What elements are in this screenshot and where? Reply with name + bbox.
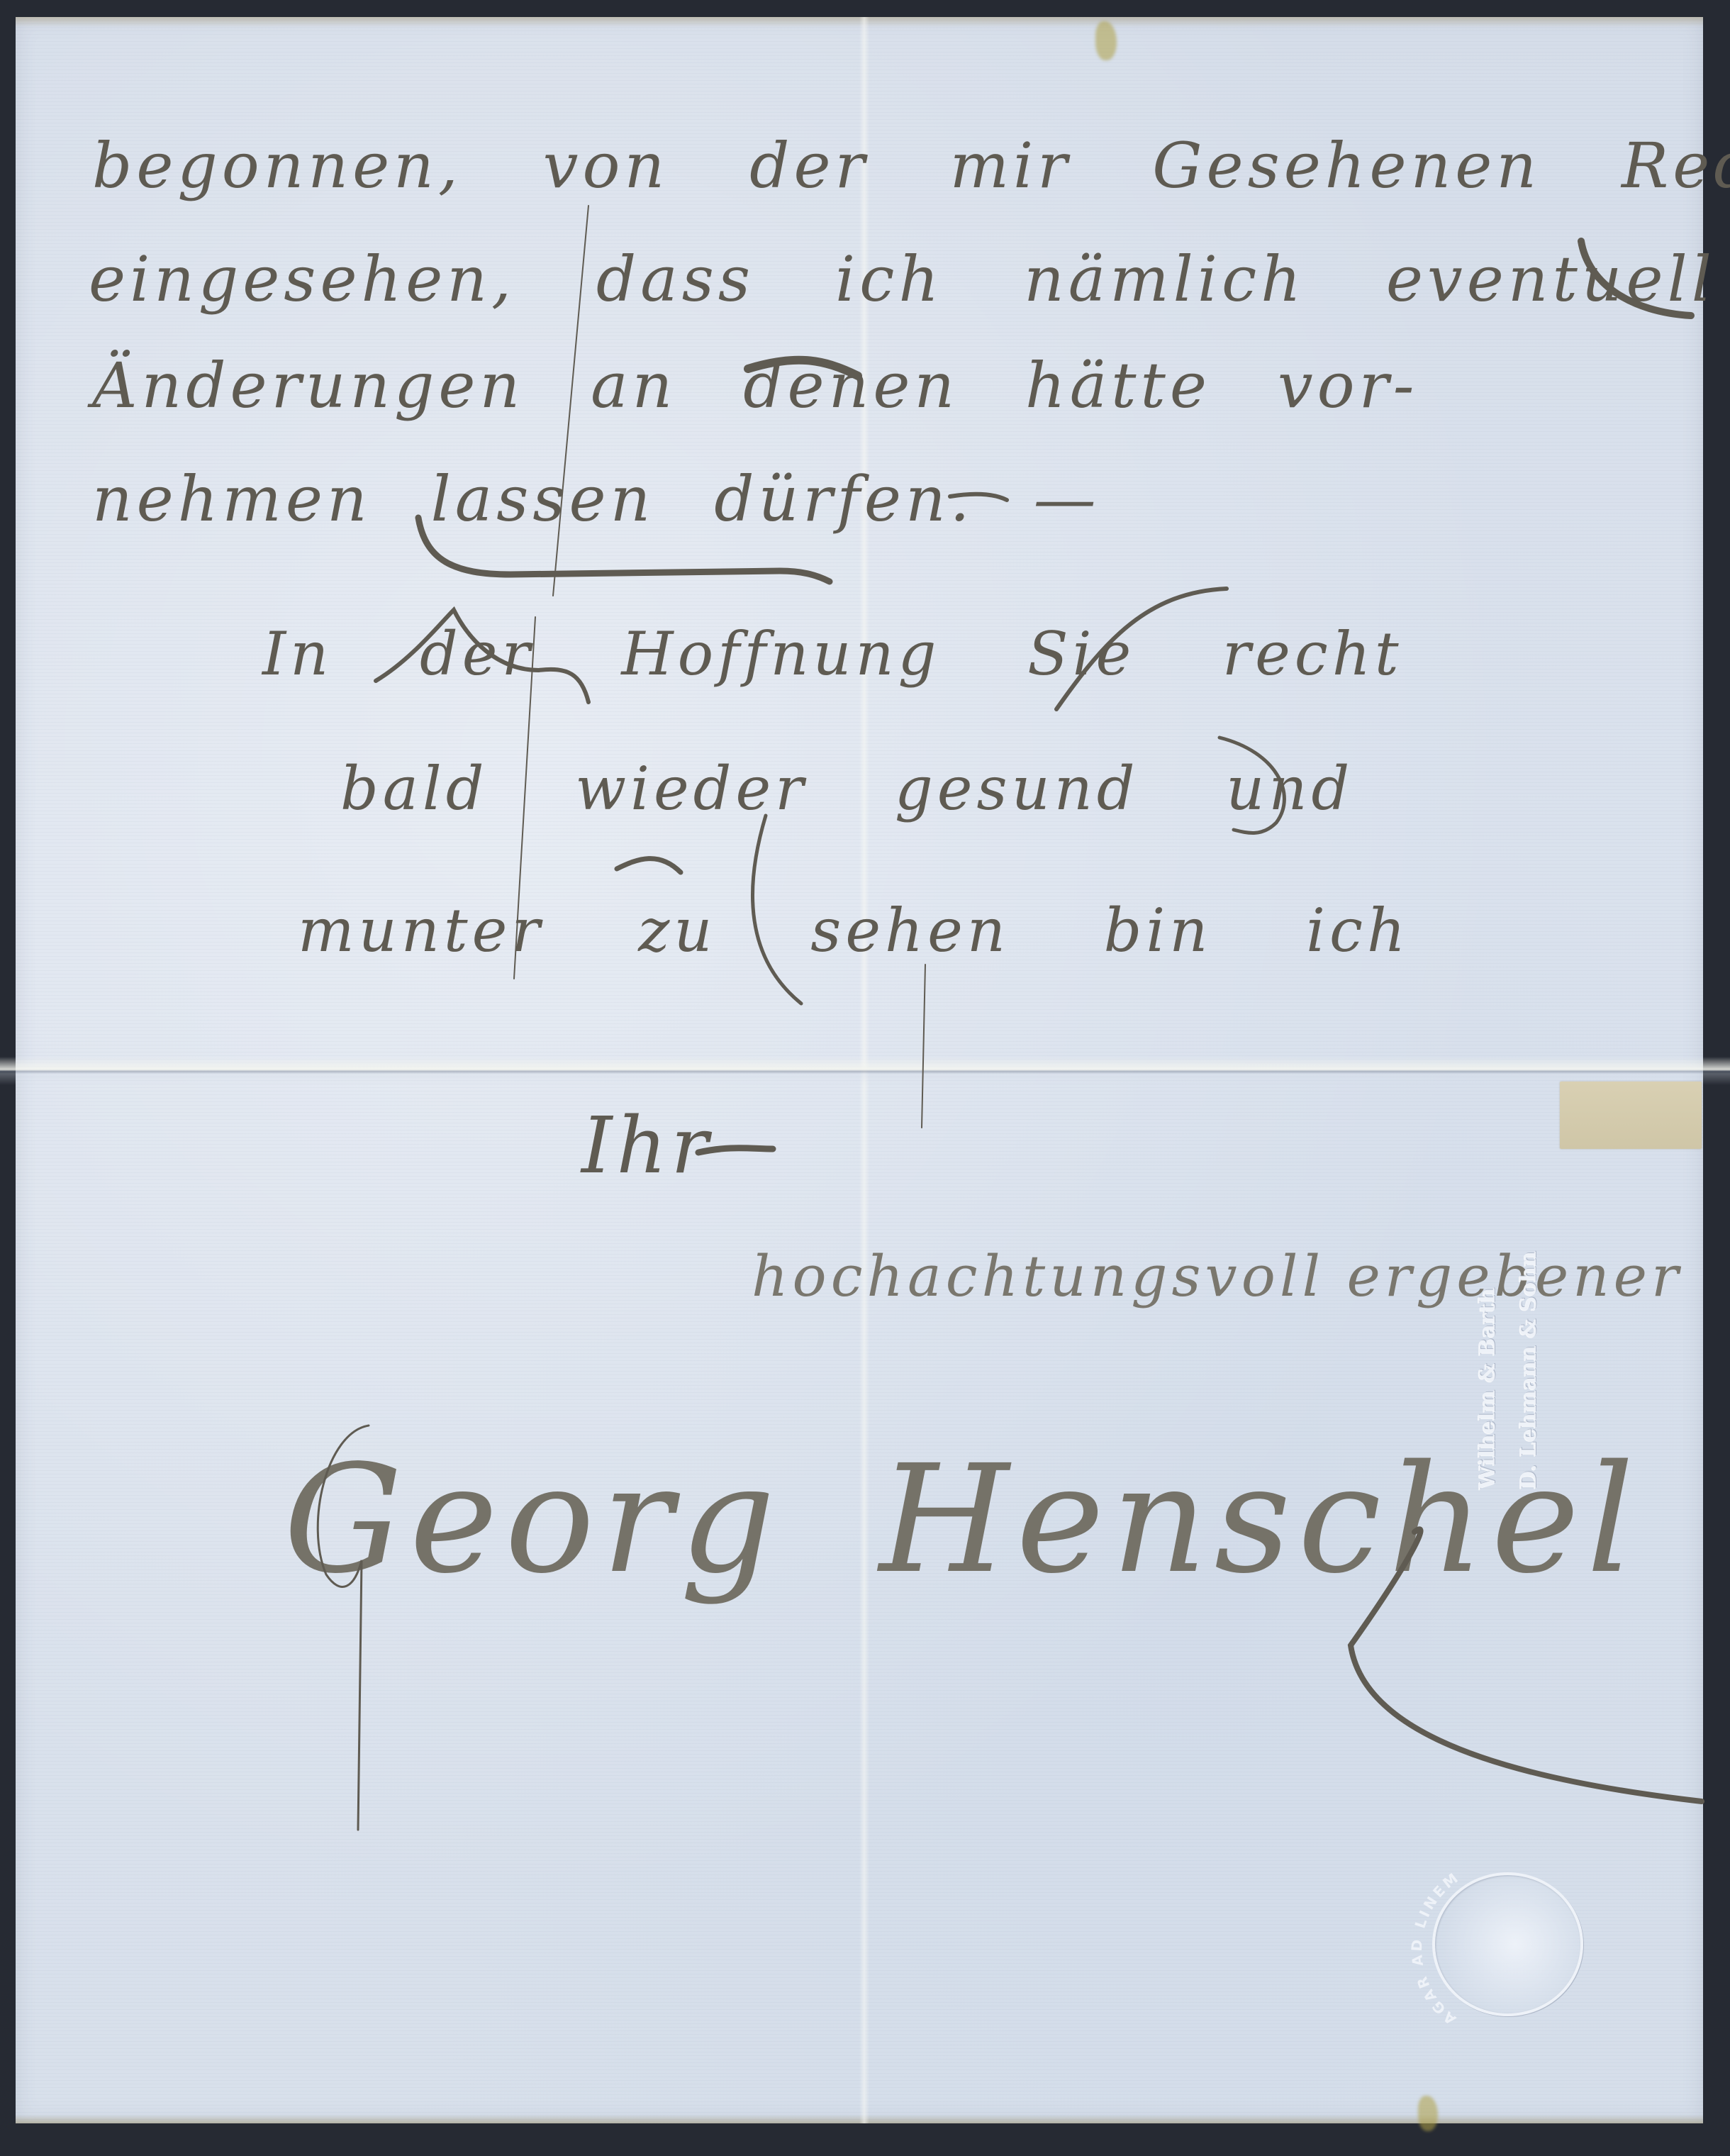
letter-line-7: munter zu sehen bin ich <box>298 901 1410 960</box>
scan-frame: begonnen, von der mir Gesehenen Redeker … <box>0 0 1730 2156</box>
stationer-line-1: Wilhelm & Barth <box>1475 1288 1500 1489</box>
letter-line-4: nehmen lassen dürfen. — <box>92 468 1100 530</box>
hinge-tape-fragment <box>1560 1082 1702 1149</box>
seal-text: AGAR AD LINEM <box>1408 1868 1463 2028</box>
letter-line-1: begonnen, von der mir Gesehenen Redeker <box>92 135 1730 197</box>
stationer-emboss-stamp: Wilhelm & Barth D. Lehmann & Sohn <box>1468 1191 1560 1489</box>
closing-salutation: Ihr <box>581 1106 713 1184</box>
letter-line-3: Änderungen an denen hätte vor- <box>92 355 1418 417</box>
letter-line-5: In der Hoffnung Sie recht <box>262 624 1403 684</box>
signature: Georg Henschel <box>284 1433 1641 1606</box>
letter-line-6: bald wieder gesund und <box>340 759 1354 818</box>
horizontal-fold-crease <box>0 1057 1730 1085</box>
seal-ring-text: AGAR AD LINEM <box>1407 1847 1606 2039</box>
stationer-line-2: D. Lehmann & Sohn <box>1517 1251 1541 1489</box>
foxing-stain-bottom <box>1418 2096 1438 2131</box>
letter-line-2: eingesehen, dass ich nämlich eventuell <box>89 248 1716 311</box>
